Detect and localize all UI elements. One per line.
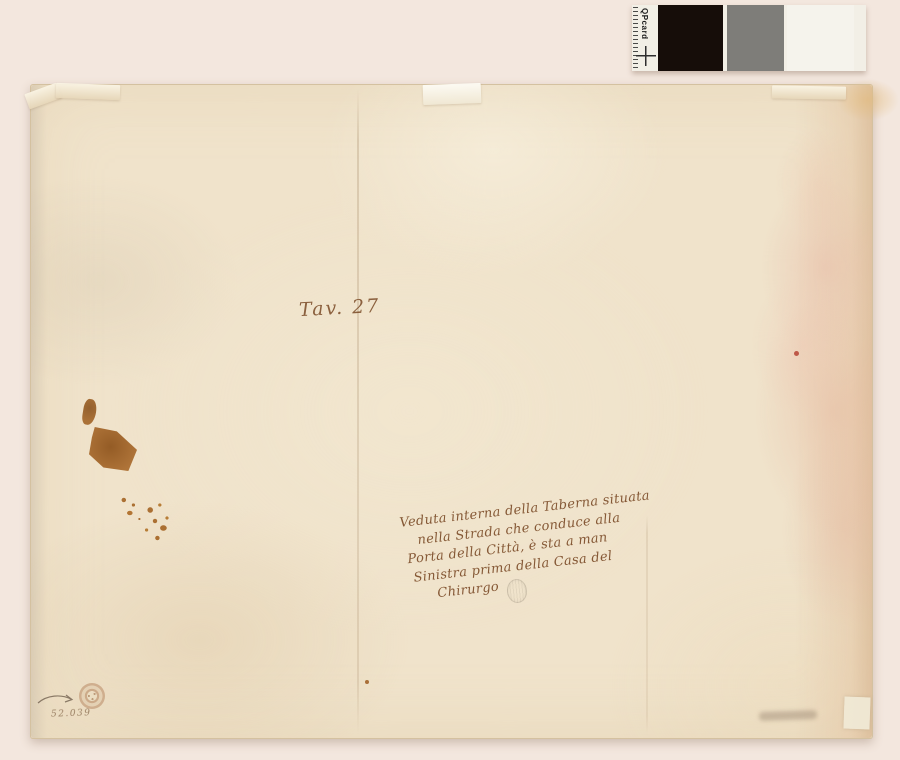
tape-hinge — [772, 85, 846, 99]
qpcard-brand-label: QPcard — [640, 8, 649, 48]
tape-hinge — [56, 83, 120, 100]
calibration-patch-black — [658, 5, 723, 71]
plate-number: Tav. 27 — [298, 295, 380, 321]
vertical-fold-crease — [357, 89, 359, 734]
calibration-patch-gray — [727, 5, 784, 71]
qpcard-calibration-strip: QPcard — [632, 5, 866, 71]
tape-hinge — [423, 83, 482, 105]
brown-spot — [365, 680, 369, 684]
red-spot — [794, 351, 799, 356]
drawing-sheet-verso: Tav. 27 Veduta interna della Taberna sit… — [30, 84, 873, 739]
pink-discoloration-right — [702, 85, 872, 738]
collection-stamp — [79, 683, 105, 709]
arrow-mark — [35, 691, 77, 707]
stain-speckles — [113, 493, 173, 543]
registration-cross-icon — [636, 46, 656, 66]
accession-number: 52.039 — [51, 708, 92, 719]
photograph-stage: Tav. 27 Veduta interna della Taberna sit… — [0, 0, 900, 760]
corner-stain — [837, 79, 899, 121]
left-edge-shadow — [31, 85, 47, 738]
label-residue-patch — [843, 697, 870, 730]
calibration-patch-white — [787, 5, 854, 71]
